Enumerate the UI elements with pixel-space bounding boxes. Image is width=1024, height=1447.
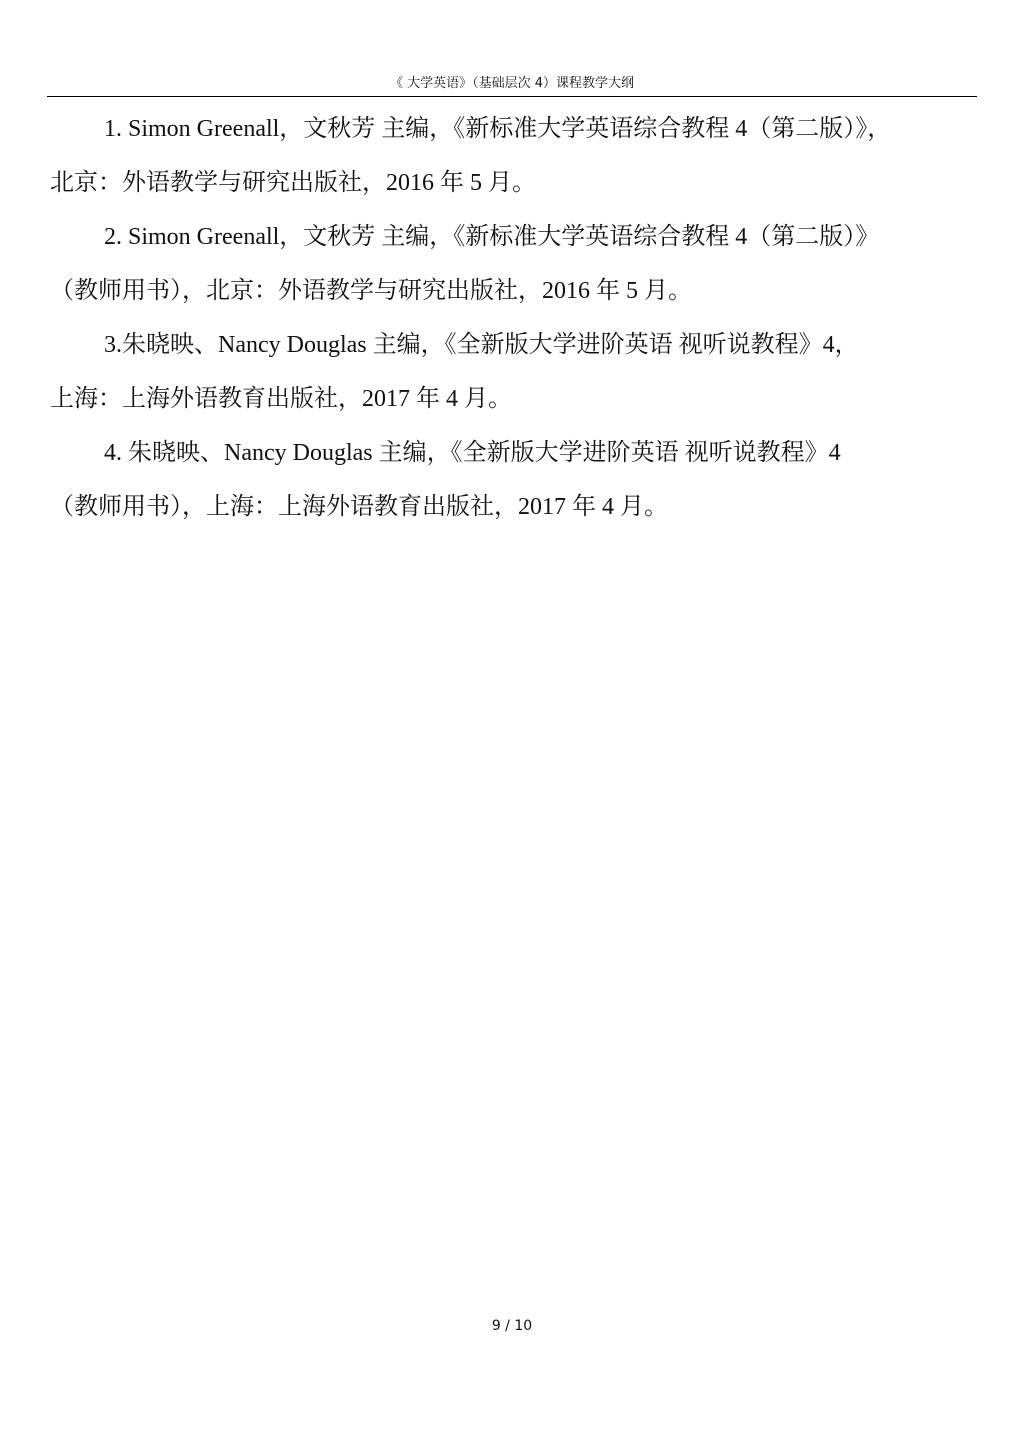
- reference-1-line-2: 北京：外语教学与研究出版社，2016 年 5 月。: [50, 156, 536, 210]
- reference-3-line-2: 上海：上海外语教育出版社，2017 年 4 月。: [50, 372, 512, 426]
- page-number: 9 / 10: [0, 1318, 1024, 1334]
- reference-1-line-1: 1. Simon Greenall，文秋芳 主编，《新标准大学英语综合教程 4（…: [104, 102, 891, 156]
- reference-2-line-2: （教师用书），北京：外语教学与研究出版社，2016 年 5 月。: [50, 264, 692, 318]
- reference-4-line-1: 4. 朱晓映、Nancy Douglas 主编，《全新版大学进阶英语 视听说教程…: [104, 426, 841, 480]
- reference-3-line-1: 3.朱晓映、Nancy Douglas 主编，《全新版大学进阶英语 视听说教程》…: [104, 318, 859, 372]
- header-divider: [47, 96, 977, 97]
- reference-4-line-2: （教师用书），上海：上海外语教育出版社，2017 年 4 月。: [50, 480, 668, 534]
- reference-2-line-1: 2. Simon Greenall，文秋芳 主编，《新标准大学英语综合教程 4（…: [104, 210, 879, 264]
- page-header-title: 《 大学英语》（基础层次 4）课程教学大纲: [47, 74, 977, 94]
